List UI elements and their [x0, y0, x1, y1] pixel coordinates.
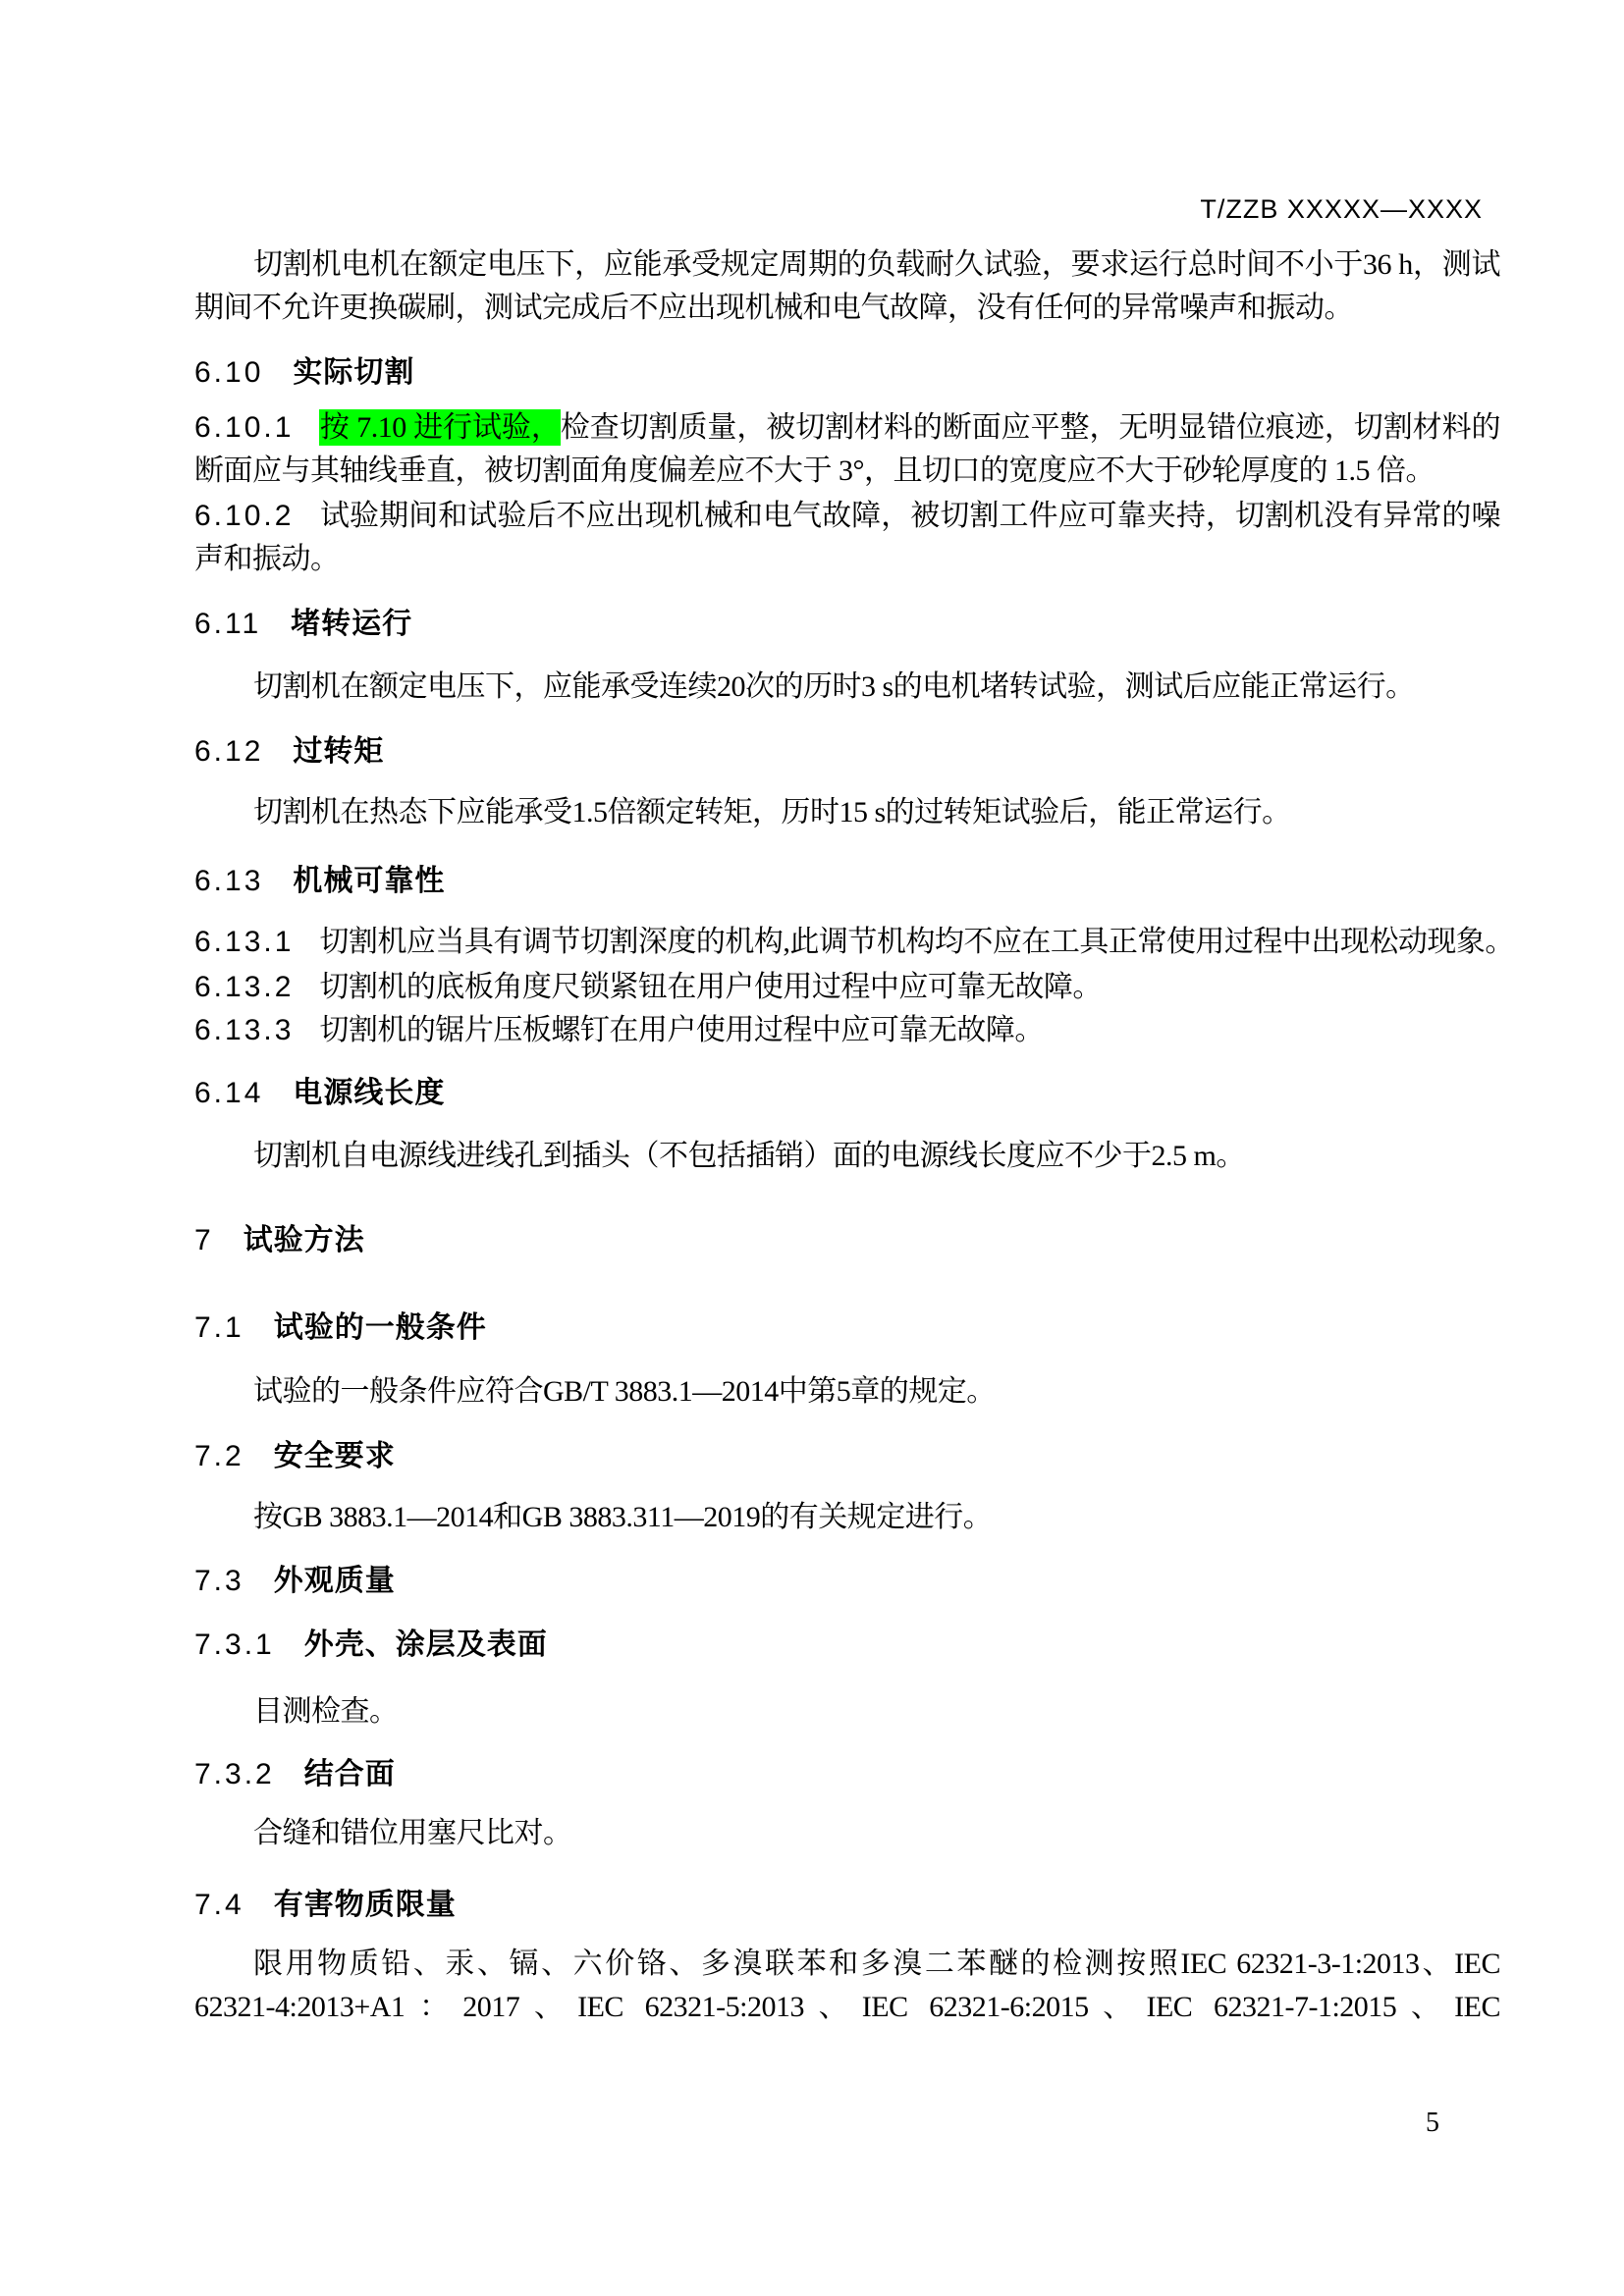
heading-6-11: 6.11堵转运行 [194, 603, 1500, 646]
heading-title: 电源线长度 [293, 1077, 445, 1109]
heading-6-13: 6.13机械可靠性 [194, 860, 1500, 903]
heading-6-14: 6.14电源线长度 [194, 1072, 1500, 1115]
clause-text: 切割机应当具有调节切割深度的机构,此调节机构均不应在工具正常使用过程中出现松动现… [319, 926, 1514, 958]
heading-number: 7.3 [194, 1565, 244, 1597]
heading-number: 6.10 [194, 356, 263, 389]
clause-number: 6.13.1 [194, 926, 294, 958]
heading-title: 外壳、涂层及表面 [304, 1629, 548, 1661]
heading-title: 实际切割 [293, 356, 414, 389]
clause-6-10-1: 6.10.1按 7.10 进行试验，检查切割质量，被切割材料的断面应平整，无明显… [194, 406, 1500, 493]
heading-7-1: 7.1试验的一般条件 [194, 1307, 1500, 1350]
heading-title: 机械可靠性 [293, 865, 445, 897]
paragraph-6-12: 切割机在热态下应能承受1.5倍额定转矩，历时15 s的过转矩试验后，能正常运行。 [194, 791, 1500, 834]
heading-number: 7 [194, 1224, 214, 1256]
heading-number: 7.1 [194, 1311, 244, 1344]
paragraph-6-14: 切割机自电源线进线孔到插头（不包括插销）面的电源线长度应不少于2.5 m。 [194, 1135, 1500, 1178]
heading-number: 7.3.2 [194, 1758, 275, 1790]
clause-number: 6.10.2 [194, 500, 294, 532]
clause-6-13-1: 6.13.1切割机应当具有调节切割深度的机构,此调节机构均不应在工具正常使用过程… [194, 921, 1500, 964]
heading-number: 7.3.1 [194, 1629, 275, 1661]
heading-title: 堵转运行 [291, 608, 412, 640]
clause-number: 6.13.2 [194, 971, 294, 1003]
heading-title: 安全要求 [274, 1440, 396, 1472]
heading-number: 6.11 [194, 608, 261, 640]
paragraph-7-3-2: 合缝和错位用塞尺比对。 [194, 1812, 1500, 1855]
heading-title: 试验的一般条件 [274, 1311, 487, 1344]
heading-7-3-1: 7.3.1外壳、涂层及表面 [194, 1624, 1500, 1667]
document-page: T/ZZB XXXXX—XXXX 切割机电机在额定电压下，应能承受规定周期的负载… [0, 0, 1624, 2296]
doc-number-header: T/ZZB XXXXX—XXXX [194, 194, 1500, 224]
heading-7-3: 7.3外观质量 [194, 1560, 1500, 1603]
heading-7-2: 7.2安全要求 [194, 1435, 1500, 1478]
highlight-mark: 按 7.10 进行试验， [319, 409, 560, 446]
clause-6-10-2: 6.10.2试验期间和试验后不应出现机械和电气故障，被切割工件应可靠夹持，切割机… [194, 495, 1500, 581]
heading-title: 有害物质限量 [274, 1889, 457, 1921]
paragraph-7-4-line1: 限用物质铅、汞、镉、六价铬、多溴联苯和多溴二苯醚的检测按照IEC 62321-3… [194, 1943, 1500, 1986]
clause-number: 6.13.3 [194, 1014, 294, 1046]
heading-6-12: 6.12过转矩 [194, 730, 1500, 774]
heading-title: 外观质量 [274, 1565, 396, 1597]
heading-number: 6.12 [194, 735, 263, 768]
heading-chapter-7: 7试验方法 [194, 1219, 1500, 1262]
clause-6-13-2: 6.13.2切割机的底板角度尺锁紧钮在用户使用过程中应可靠无故障。 [194, 966, 1500, 1009]
paragraph-7-4-line2: 62321-4:2013+A1：2017、IEC 62321-5:2013、IE… [194, 1986, 1500, 2029]
clause-text: 切割机的底板角度尺锁紧钮在用户使用过程中应可靠无故障。 [319, 971, 1102, 1003]
heading-number: 6.13 [194, 865, 263, 897]
paragraph-7-3-1: 目测检查。 [194, 1690, 1500, 1734]
heading-title: 试验方法 [244, 1224, 365, 1256]
paragraph-7-2: 按GB 3883.1—2014和GB 3883.311—2019的有关规定进行。 [194, 1496, 1500, 1539]
clause-text: 试验期间和试验后不应出现机械和电气故障，被切割工件应可靠夹持，切割机没有异常的噪… [194, 500, 1500, 575]
heading-number: 7.4 [194, 1889, 244, 1921]
heading-number: 6.14 [194, 1077, 263, 1109]
paragraph-6-11: 切割机在额定电压下，应能承受连续20次的历时3 s的电机堵转试验，测试后应能正常… [194, 666, 1500, 709]
paragraph-7-1: 试验的一般条件应符合GB/T 3883.1—2014中第5章的规定。 [194, 1370, 1500, 1414]
heading-title: 结合面 [304, 1758, 396, 1790]
heading-number: 7.2 [194, 1440, 244, 1472]
paragraph-motor-endurance: 切割机电机在额定电压下，应能承受规定周期的负载耐久试验，要求运行总时间不小于36… [194, 243, 1500, 330]
heading-title: 过转矩 [293, 735, 384, 768]
clause-6-13-3: 6.13.3切割机的锯片压板螺钉在用户使用过程中应可靠无故障。 [194, 1009, 1500, 1052]
clause-number: 6.10.1 [194, 411, 294, 444]
heading-7-3-2: 7.3.2结合面 [194, 1753, 1500, 1796]
page-number: 5 [1426, 2107, 1439, 2140]
heading-6-10: 6.10实际切割 [194, 351, 1500, 395]
clause-text: 切割机的锯片压板螺钉在用户使用过程中应可靠无故障。 [319, 1014, 1044, 1046]
heading-7-4: 7.4有害物质限量 [194, 1884, 1500, 1927]
